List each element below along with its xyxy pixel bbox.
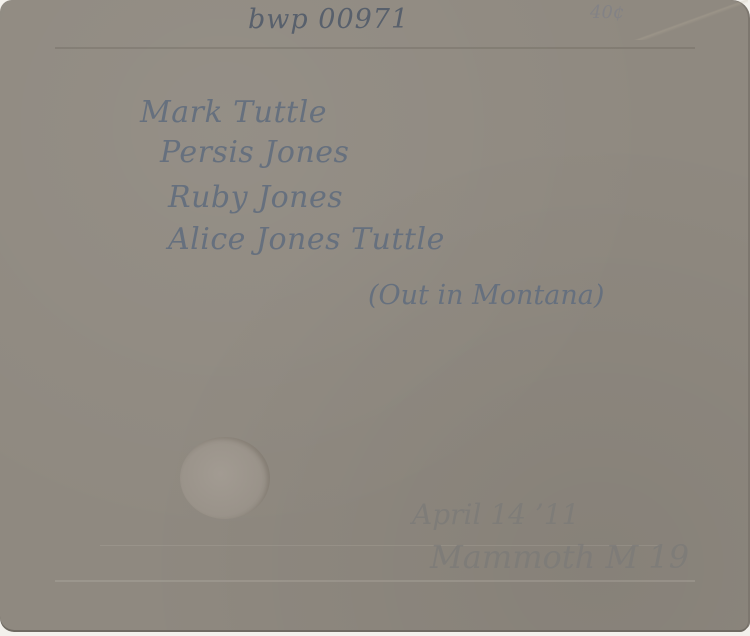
name-line-2: Persis Jones [160, 135, 349, 170]
embossed-frame-top [55, 47, 695, 49]
name-line-4: Alice Jones Tuttle [168, 222, 445, 257]
place-inscription: Mammoth M 19 [430, 538, 689, 576]
location-note: (Out in Montana) [368, 280, 604, 311]
embossed-frame-bottom [55, 580, 695, 582]
name-line-1: Mark Tuttle [140, 95, 327, 130]
date-inscription: April 14 ’11 [412, 498, 579, 531]
price-mark: 40¢ [590, 2, 624, 23]
photo-card-back: bwp 00971 40¢ Mark Tuttle Persis Jones R… [0, 0, 748, 630]
adhesive-stain [180, 437, 270, 519]
catalog-number: bwp 00971 [248, 4, 409, 35]
name-line-3: Ruby Jones [168, 180, 343, 215]
corner-crease [628, 0, 748, 40]
